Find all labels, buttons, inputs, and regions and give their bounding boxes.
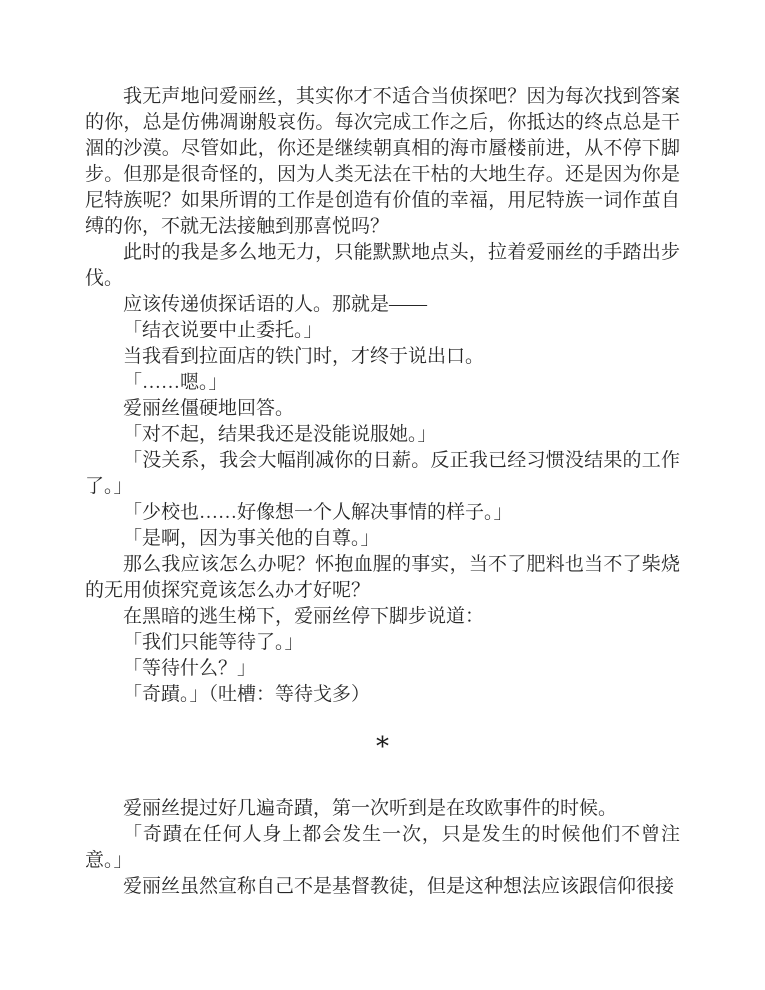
paragraph: 「少校也……好像想一个人解决事情的样子。」 [85, 500, 680, 526]
paragraph: 在黑暗的逃生梯下，爱丽丝停下脚步说道： [85, 604, 680, 630]
paragraph: 当我看到拉面店的铁门时，才终于说出口。 [85, 344, 680, 370]
text-section-before-separator: 我无声地问爱丽丝，其实你才不适合当侦探吧？因为每次找到答案的你，总是仿佛凋谢般哀… [85, 84, 680, 708]
paragraph: 爱丽丝僵硬地回答。 [85, 396, 680, 422]
paragraph: 那么我应该怎么办呢？怀抱血腥的事实，当不了肥料也当不了柴烧的无用侦探究竟该怎么办… [85, 552, 680, 604]
paragraph: 「没关系，我会大幅削减你的日薪。反正我已经习惯没结果的工作了。」 [85, 448, 680, 500]
paragraph: 爱丽丝提过好几遍奇蹟，第一次听到是在玫欧事件的时候。 [85, 796, 680, 822]
paragraph: 「我们只能等待了。」 [85, 630, 680, 656]
paragraph: 「对不起，结果我还是没能说服她。」 [85, 422, 680, 448]
paragraph: 应该传递侦探话语的人。那就是—— [85, 292, 680, 318]
paragraph: 「……嗯。」 [85, 370, 680, 396]
text-section-after-separator: 爱丽丝提过好几遍奇蹟，第一次听到是在玫欧事件的时候。「奇蹟在任何人身上都会发生一… [85, 796, 680, 900]
paragraph: 「是啊，因为事关他的自尊。」 [85, 526, 680, 552]
paragraph: 「奇蹟。」（吐槽：等待戈多） [85, 682, 680, 708]
paragraph: 「等待什么？」 [85, 656, 680, 682]
paragraph: 「奇蹟在任何人身上都会发生一次，只是发生的时候他们不曾注意。」 [85, 822, 680, 874]
paragraph: 我无声地问爱丽丝，其实你才不适合当侦探吧？因为每次找到答案的你，总是仿佛凋谢般哀… [85, 84, 680, 240]
paragraph: 爱丽丝虽然宣称自己不是基督教徒，但是这种想法应该跟信仰很接 [85, 874, 680, 900]
paragraph: 「结衣说要中止委托。」 [85, 318, 680, 344]
document-page: 我无声地问爱丽丝，其实你才不适合当侦探吧？因为每次找到答案的你，总是仿佛凋谢般哀… [0, 0, 765, 990]
paragraph: 此时的我是多么地无力，只能默默地点头，拉着爱丽丝的手踏出步伐。 [85, 240, 680, 292]
scene-break-asterisk: * [85, 734, 680, 760]
